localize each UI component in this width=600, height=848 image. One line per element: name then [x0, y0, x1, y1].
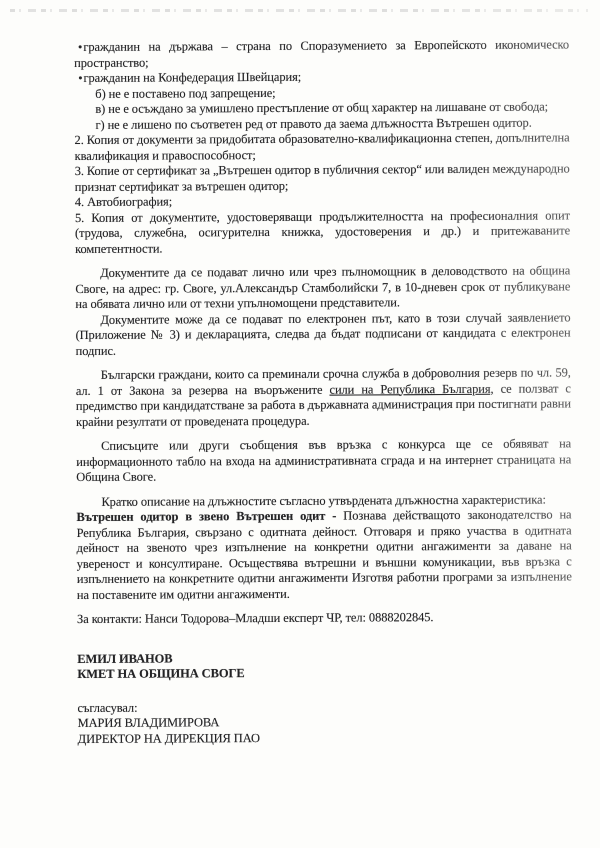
contact-line: За контакти: Нанси Тодорова–Младши експе… [77, 609, 572, 627]
paragraph-submission: Документите да се подават лично или чрез… [75, 263, 570, 312]
approval-title: ДИРЕКТОР НА ДИРЕКЦИЯ ПАО [78, 729, 573, 747]
bullet-icon: • [78, 40, 82, 54]
reserve-text-underlined: сили на Република България, [329, 381, 493, 396]
numbered-item-3: 3. Копие от сертификат за „Вътрешен одит… [75, 161, 570, 195]
document-body: •гражданин на държава – страна по Спораз… [74, 37, 573, 747]
paragraph-lists-notice: Списъците или други съобщения във връзка… [76, 436, 571, 485]
numbered-item-5: 5. Копия от документите, удостоверяващи … [75, 208, 570, 257]
scan-noise-line [10, 9, 588, 12]
bullet-icon: • [78, 71, 82, 85]
paragraph-reserve-priority: Български граждани, които са преминали с… [76, 365, 571, 430]
bullet-text: гражданин на държава – страна по Споразу… [74, 37, 569, 69]
approval-block: съгласувал: МАРИЯ ВЛАДИМИРОВА ДИРЕКТОР Н… [77, 698, 572, 747]
bullet-item-eea-citizen: •гражданин на държава – страна по Спораз… [74, 37, 569, 71]
signature-block: ЕМИЛ ИВАНОВ КМЕТ НА ОБЩИНА СВОГЕ [77, 649, 572, 683]
position-title: Вътрешен одитор в звено Вътрешен одит - [76, 509, 343, 524]
paragraph-position-description: Вътрешен одитор в звено Вътрешен одит - … [76, 507, 571, 603]
paragraph-electronic-submission: Документите може да се подават по електр… [75, 310, 570, 359]
bullet-text: гражданин на Конфедерация Швейцария; [83, 70, 301, 85]
numbered-item-2: 2. Копия от документи за придобитата обр… [74, 130, 569, 164]
signature-title: КМЕТ НА ОБЩИНА СВОГЕ [77, 664, 572, 682]
